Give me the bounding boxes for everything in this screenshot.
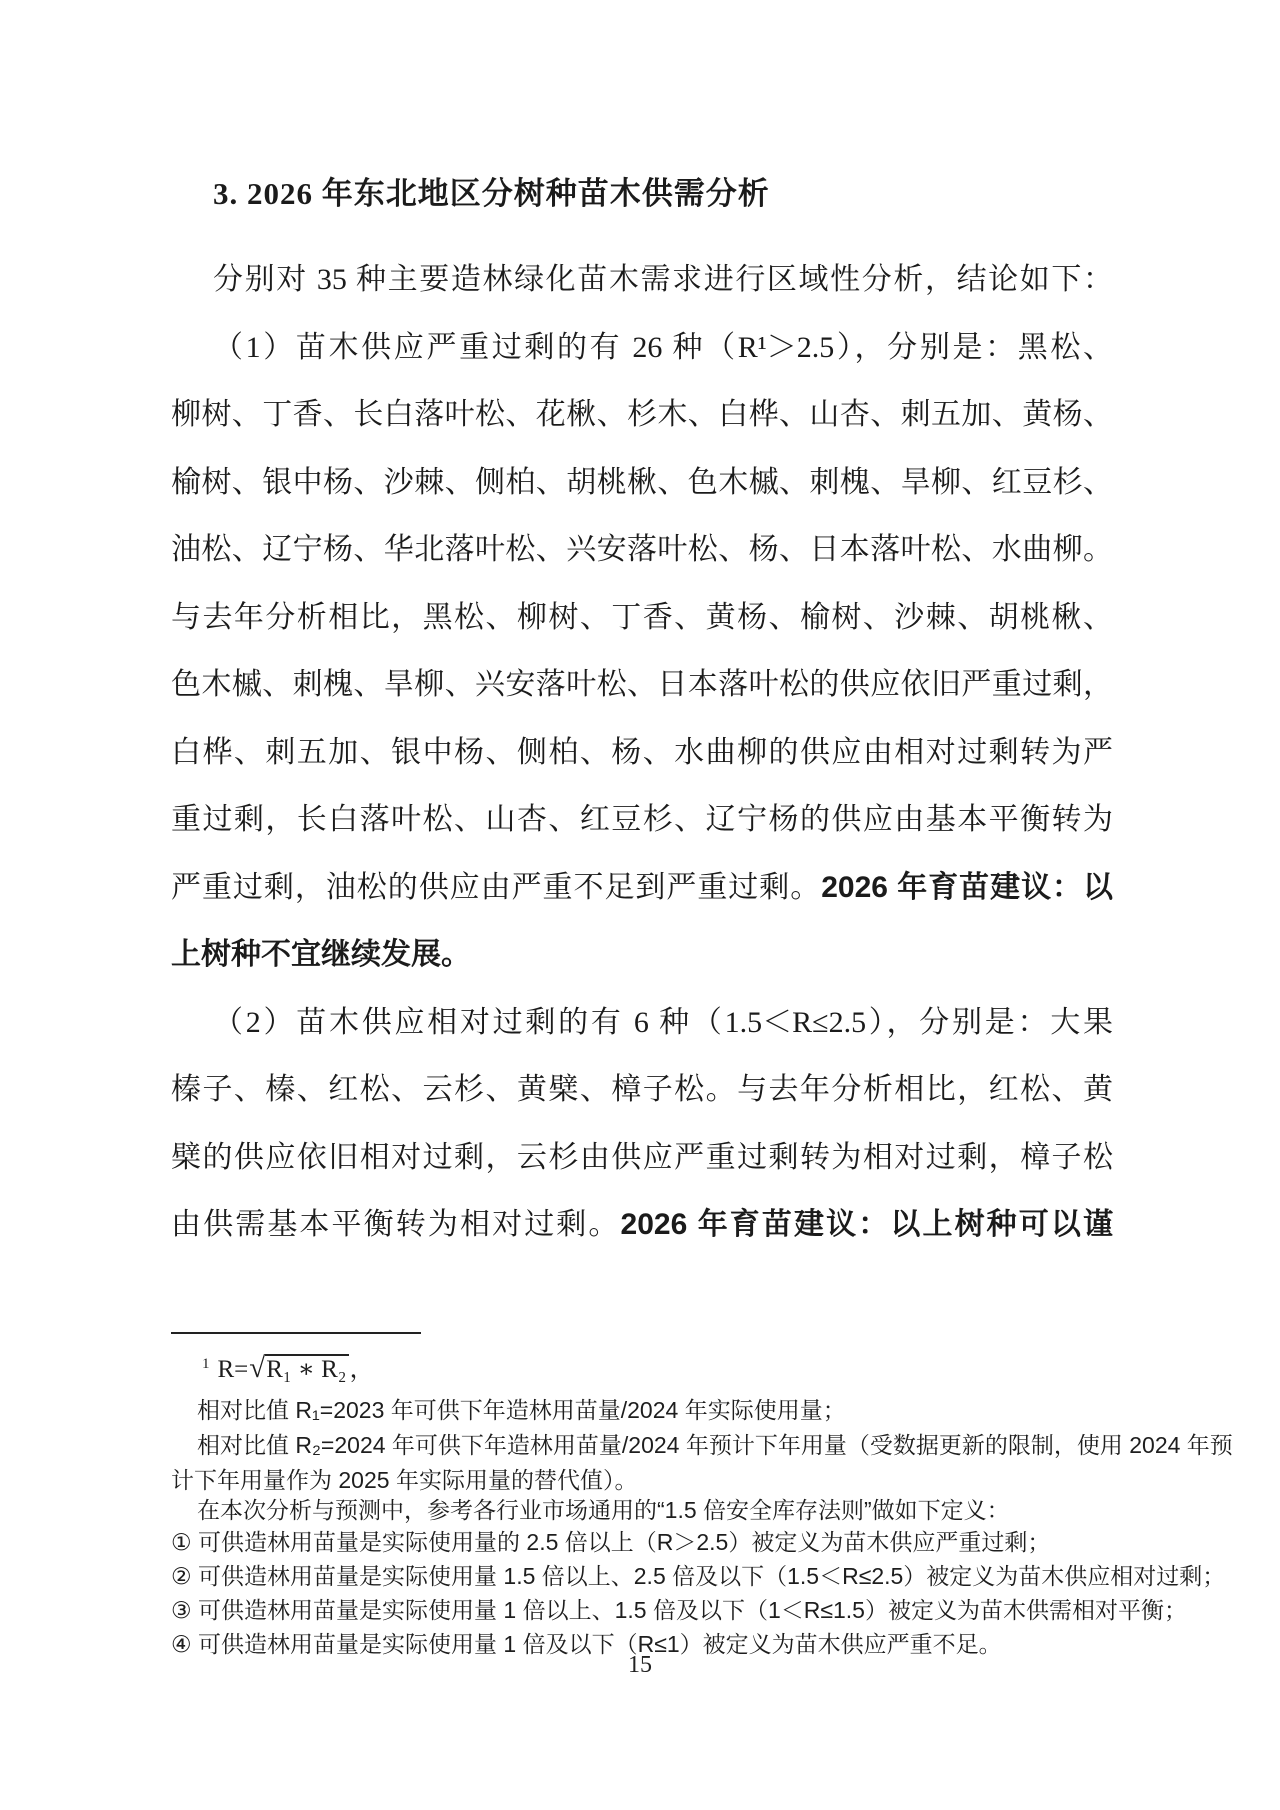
- body-line: 榆树、银中杨、沙棘、侧柏、胡桃楸、色木槭、刺槐、旱柳、红豆杉、: [171, 449, 1113, 517]
- body-text: 重过剩，长白落叶松、山杏、红豆杉、辽宁杨的供应由基本平衡转为: [171, 803, 1113, 836]
- body-text: 色木槭、刺槐、旱柳、兴安落叶松、日本落叶松的供应依旧严重过剩，: [171, 668, 1113, 701]
- radical-sign: √: [249, 1352, 265, 1384]
- emphasis-text: 2026 年育苗建议：以上树种可以谨: [621, 1208, 1113, 1241]
- body-line: 色木槭、刺槐、旱柳、兴安落叶松、日本落叶松的供应依旧严重过剩，: [171, 651, 1113, 719]
- body-line: 白桦、刺五加、银中杨、侧柏、杨、水曲柳的供应由相对过剩转为严: [171, 719, 1113, 787]
- body-line: 檗的供应依旧相对过剩，云杉由供应严重过剩转为相对过剩，樟子松: [171, 1124, 1113, 1192]
- body-line: 油松、辽宁杨、华北落叶松、兴安落叶松、杨、日本落叶松、水曲柳。: [171, 516, 1113, 584]
- formula-suffix: ，: [349, 1356, 374, 1383]
- footnote-line: 相对比值 R₁=2023 年可供下年造林用苗量/2024 年实际使用量；: [197, 1396, 846, 1424]
- body-text: 白桦、刺五加、银中杨、侧柏、杨、水曲柳的供应由相对过剩转为严: [171, 736, 1113, 769]
- body-line: 榛子、榛、红松、云杉、黄檗、樟子松。与去年分析相比，红松、黄: [171, 1056, 1113, 1124]
- formula-radicand: R₁ ∗ R₂: [265, 1354, 349, 1383]
- body-text: 严重过剩，油松的供应由严重不足到严重过剩。: [171, 871, 821, 904]
- body-line: 严重过剩，油松的供应由严重不足到严重过剩。2026 年育苗建议：以: [171, 854, 1113, 922]
- body-line: 分别对 35 种主要造林绿化苗木需求进行区域性分析，结论如下：: [171, 246, 1113, 314]
- page-number: 15: [0, 1652, 1280, 1679]
- body-line: 柳树、丁香、长白落叶松、花楸、杉木、白桦、山杏、刺五加、黄杨、: [171, 381, 1113, 449]
- body-text: 榛子、榛、红松、云杉、黄檗、樟子松。与去年分析相比，红松、黄: [171, 1073, 1113, 1106]
- footnote-separator: [171, 1332, 421, 1334]
- body-line: 与去年分析相比，黑松、柳树、丁香、黄杨、榆树、沙棘、胡桃楸、: [171, 584, 1113, 652]
- body-text: 榆树、银中杨、沙棘、侧柏、胡桃楸、色木槭、刺槐、旱柳、红豆杉、: [171, 466, 1113, 499]
- body-text: 分别对 35 种主要造林绿化苗木需求进行区域性分析，结论如下：: [213, 263, 1113, 296]
- formula-prefix: R=: [218, 1356, 249, 1383]
- body-line: （1）苗木供应严重过剩的有 26 种（R¹＞2.5），分别是：黑松、: [171, 314, 1113, 382]
- body-line: 重过剩，长白落叶松、山杏、红豆杉、辽宁杨的供应由基本平衡转为: [171, 786, 1113, 854]
- body-text: （2）苗木供应相对过剩的有 6 种（1.5＜R≤2.5），分别是：大果: [213, 1006, 1113, 1039]
- body-line: 上树种不宜继续发展。: [171, 921, 1113, 989]
- body-text: 与去年分析相比，黑松、柳树、丁香、黄杨、榆树、沙棘、胡桃楸、: [171, 601, 1113, 634]
- document-page: 3. 2026 年东北地区分树种苗木供需分析 分别对 35 种主要造林绿化苗木需…: [0, 0, 1280, 1810]
- footnote-line: 计下年用量作为 2025 年实际用量的替代值）。: [171, 1466, 637, 1494]
- body-line: 由供需基本平衡转为相对过剩。2026 年育苗建议：以上树种可以谨: [171, 1191, 1113, 1259]
- body-text: 柳树、丁香、长白落叶松、花楸、杉木、白桦、山杏、刺五加、黄杨、: [171, 398, 1113, 431]
- footnote-ref-mark: 1: [202, 1356, 210, 1372]
- footnote-definition-1: ① 可供造林用苗量是实际使用量的 2.5 倍以上（R＞2.5）被定义为苗木供应严…: [171, 1528, 1050, 1556]
- body-text: 由供需基本平衡转为相对过剩。: [171, 1208, 621, 1241]
- body-text: （1）苗木供应严重过剩的有 26 种（R¹＞2.5），分别是：黑松、: [213, 331, 1113, 364]
- emphasis-text: 2026 年育苗建议：以: [821, 871, 1113, 904]
- section-heading: 3. 2026 年东北地区分树种苗木供需分析: [213, 168, 770, 213]
- body-text-block: 分别对 35 种主要造林绿化苗木需求进行区域性分析，结论如下： （1）苗木供应严…: [171, 246, 1113, 1259]
- footnote-formula: 1R=√R₁ ∗ R₂，: [202, 1349, 375, 1385]
- emphasis-text: 上树种不宜继续发展。: [171, 938, 471, 971]
- body-text: 檗的供应依旧相对过剩，云杉由供应严重过剩转为相对过剩，樟子松: [171, 1141, 1113, 1174]
- footnote-definition-2: ② 可供造林用苗量是实际使用量 1.5 倍以上、2.5 倍及以下（1.5＜R≤2…: [171, 1562, 1225, 1590]
- body-line: （2）苗木供应相对过剩的有 6 种（1.5＜R≤2.5），分别是：大果: [171, 989, 1113, 1057]
- body-text: 油松、辽宁杨、华北落叶松、兴安落叶松、杨、日本落叶松、水曲柳。: [171, 533, 1113, 566]
- footnote-line: 在本次分析与预测中，参考各行业市场通用的“1.5 倍安全库存法则”做如下定义：: [197, 1496, 1010, 1524]
- footnote-line: 相对比值 R₂=2024 年可供下年造林用苗量/2024 年预计下年用量（受数据…: [197, 1431, 1233, 1459]
- footnote-definition-3: ③ 可供造林用苗量是实际使用量 1 倍以上、1.5 倍及以下（1＜R≤1.5）被…: [171, 1596, 1187, 1624]
